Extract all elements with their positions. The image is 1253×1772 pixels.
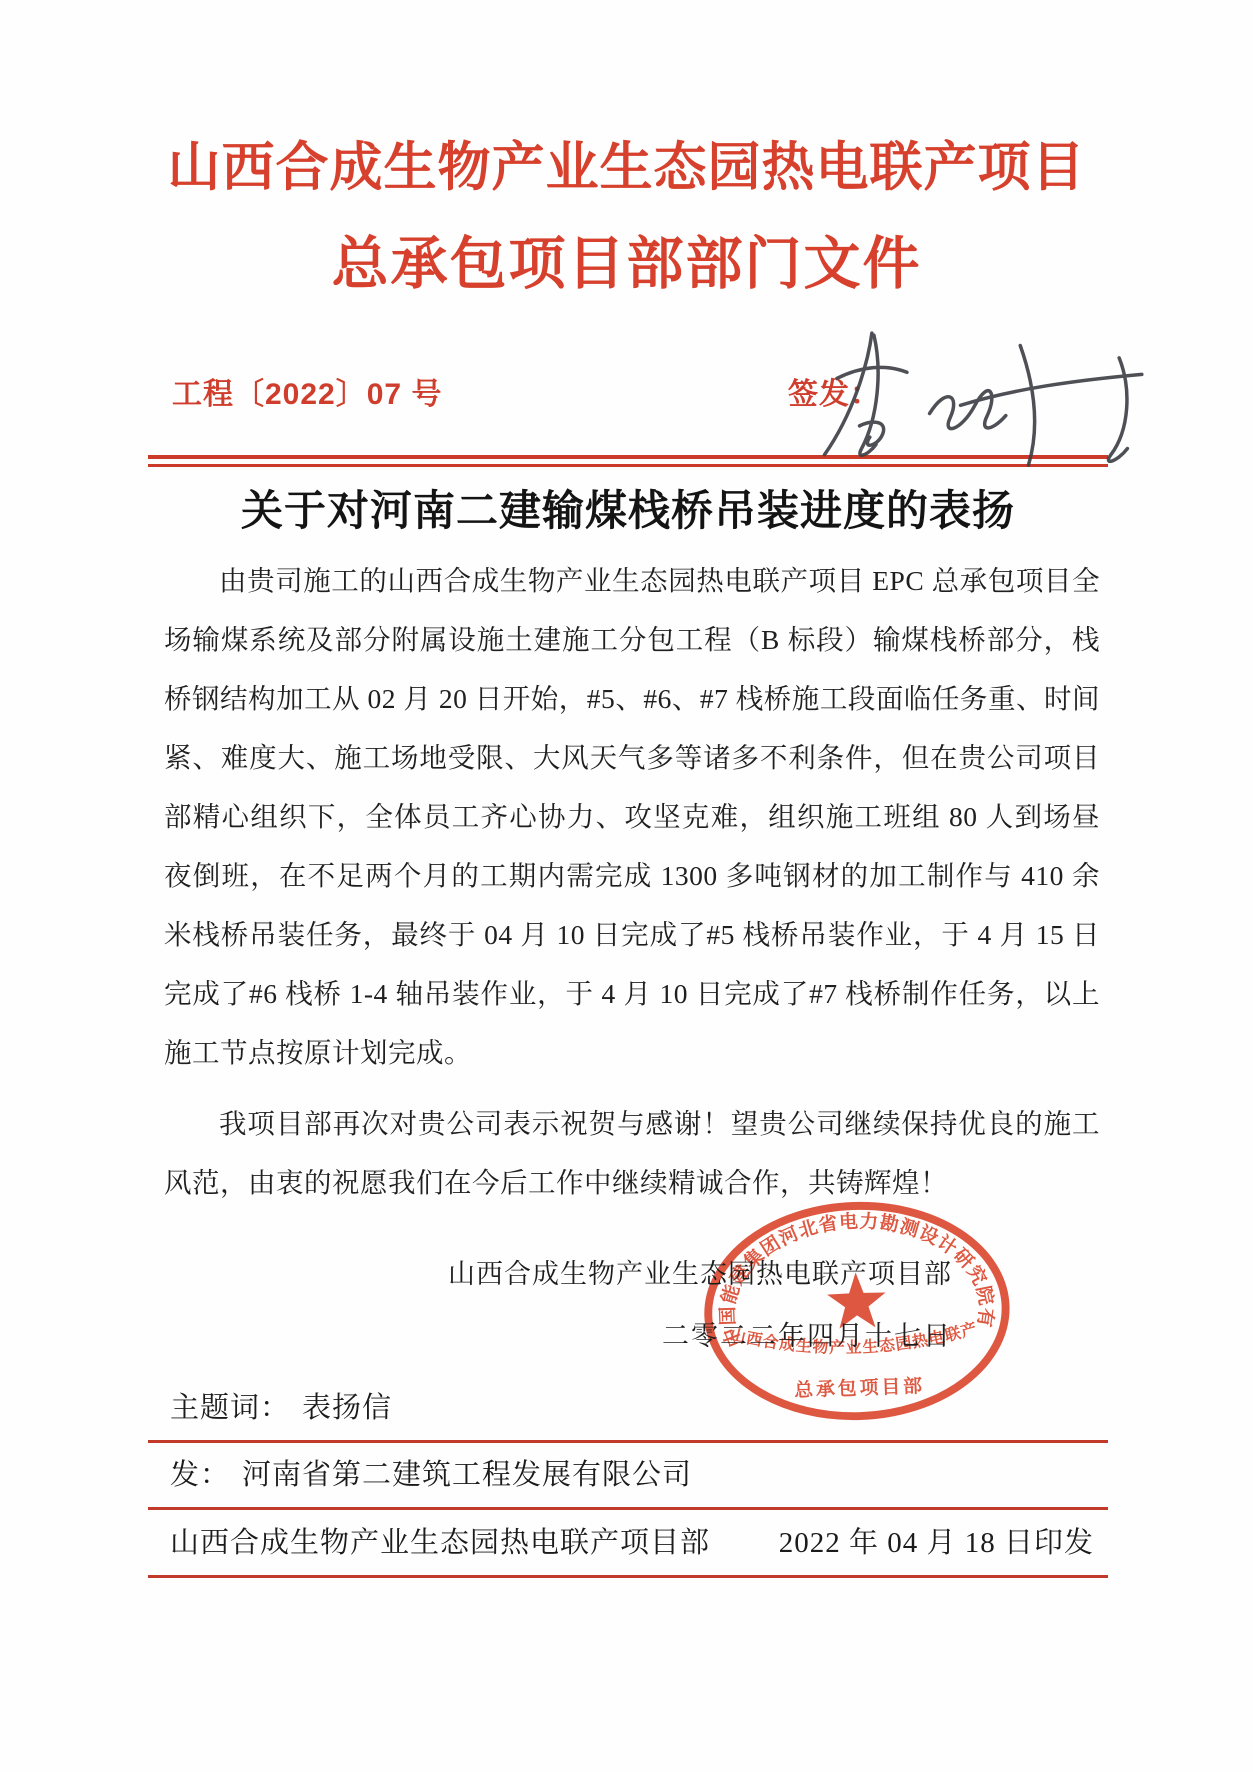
- printing-organization: 山西合成生物产业生态园热电联产项目部: [170, 1524, 710, 1563]
- letter-title: 关于对河南二建输煤栈桥吊装进度的表扬: [148, 485, 1108, 538]
- send-to-row: 发：河南省第二建筑工程发展有限公司: [148, 1443, 1108, 1507]
- signoff-date: 二零二二年四月十七日: [148, 1318, 1108, 1354]
- document-footer: 主题词：表扬信 发：河南省第二建筑工程发展有限公司 山西合成生物产业生态园热电联…: [148, 1389, 1108, 1578]
- subject-value: 表扬信: [302, 1392, 392, 1424]
- letter-paragraph-2: 我项目部再次对贵公司表示祝贺与感谢！望贵公司继续保持优良的施工风范，由衷的祝愿我…: [148, 1094, 1108, 1212]
- print-date: 2022 年 04 月 18 日印发: [779, 1524, 1094, 1563]
- footer-divider-3: [148, 1575, 1108, 1578]
- document-number: 工程〔2022〕07 号: [172, 369, 442, 413]
- document-body: 工程〔2022〕07 号 签发： 关于对河南二建输煤栈桥吊装进度的表扬 由贵司施…: [148, 361, 1108, 1213]
- letterhead-title-line2: 总承包项目部部门文件: [0, 234, 1253, 294]
- print-info-row: 山西合成生物产业生态园热电联产项目部 2022 年 04 月 18 日印发: [148, 1510, 1108, 1575]
- signoff-and-footer: 山西合成生物产业生态园热电联产项目部 二零二二年四月十七日 主题词：表扬信 发：…: [148, 1256, 1108, 1578]
- signoff-organization: 山西合成生物产业生态园热电联产项目部: [148, 1256, 1108, 1292]
- subject-label: 主题词：: [170, 1392, 290, 1424]
- subject-row: 主题词：表扬信: [148, 1389, 1108, 1440]
- document-page: 山西合成生物产业生态园热电联产项目 总承包项目部部门文件 工程〔2022〕07 …: [0, 0, 1253, 1772]
- send-to-value: 河南省第二建筑工程发展有限公司: [242, 1459, 692, 1491]
- letterhead-title-line1: 山西合成生物产业生态园热电联产项目: [0, 140, 1253, 196]
- send-to-label: 发：: [170, 1459, 230, 1491]
- document-meta-row: 工程〔2022〕07 号 签发：: [148, 361, 1108, 411]
- letterhead: 山西合成生物产业生态园热电联产项目 总承包项目部部门文件: [0, 0, 1253, 295]
- handwritten-signature-icon: [808, 317, 1148, 475]
- letter-paragraph-1: 由贵司施工的山西合成生物产业生态园热电联产项目 EPC 总承包项目全场输煤系统及…: [148, 551, 1108, 1082]
